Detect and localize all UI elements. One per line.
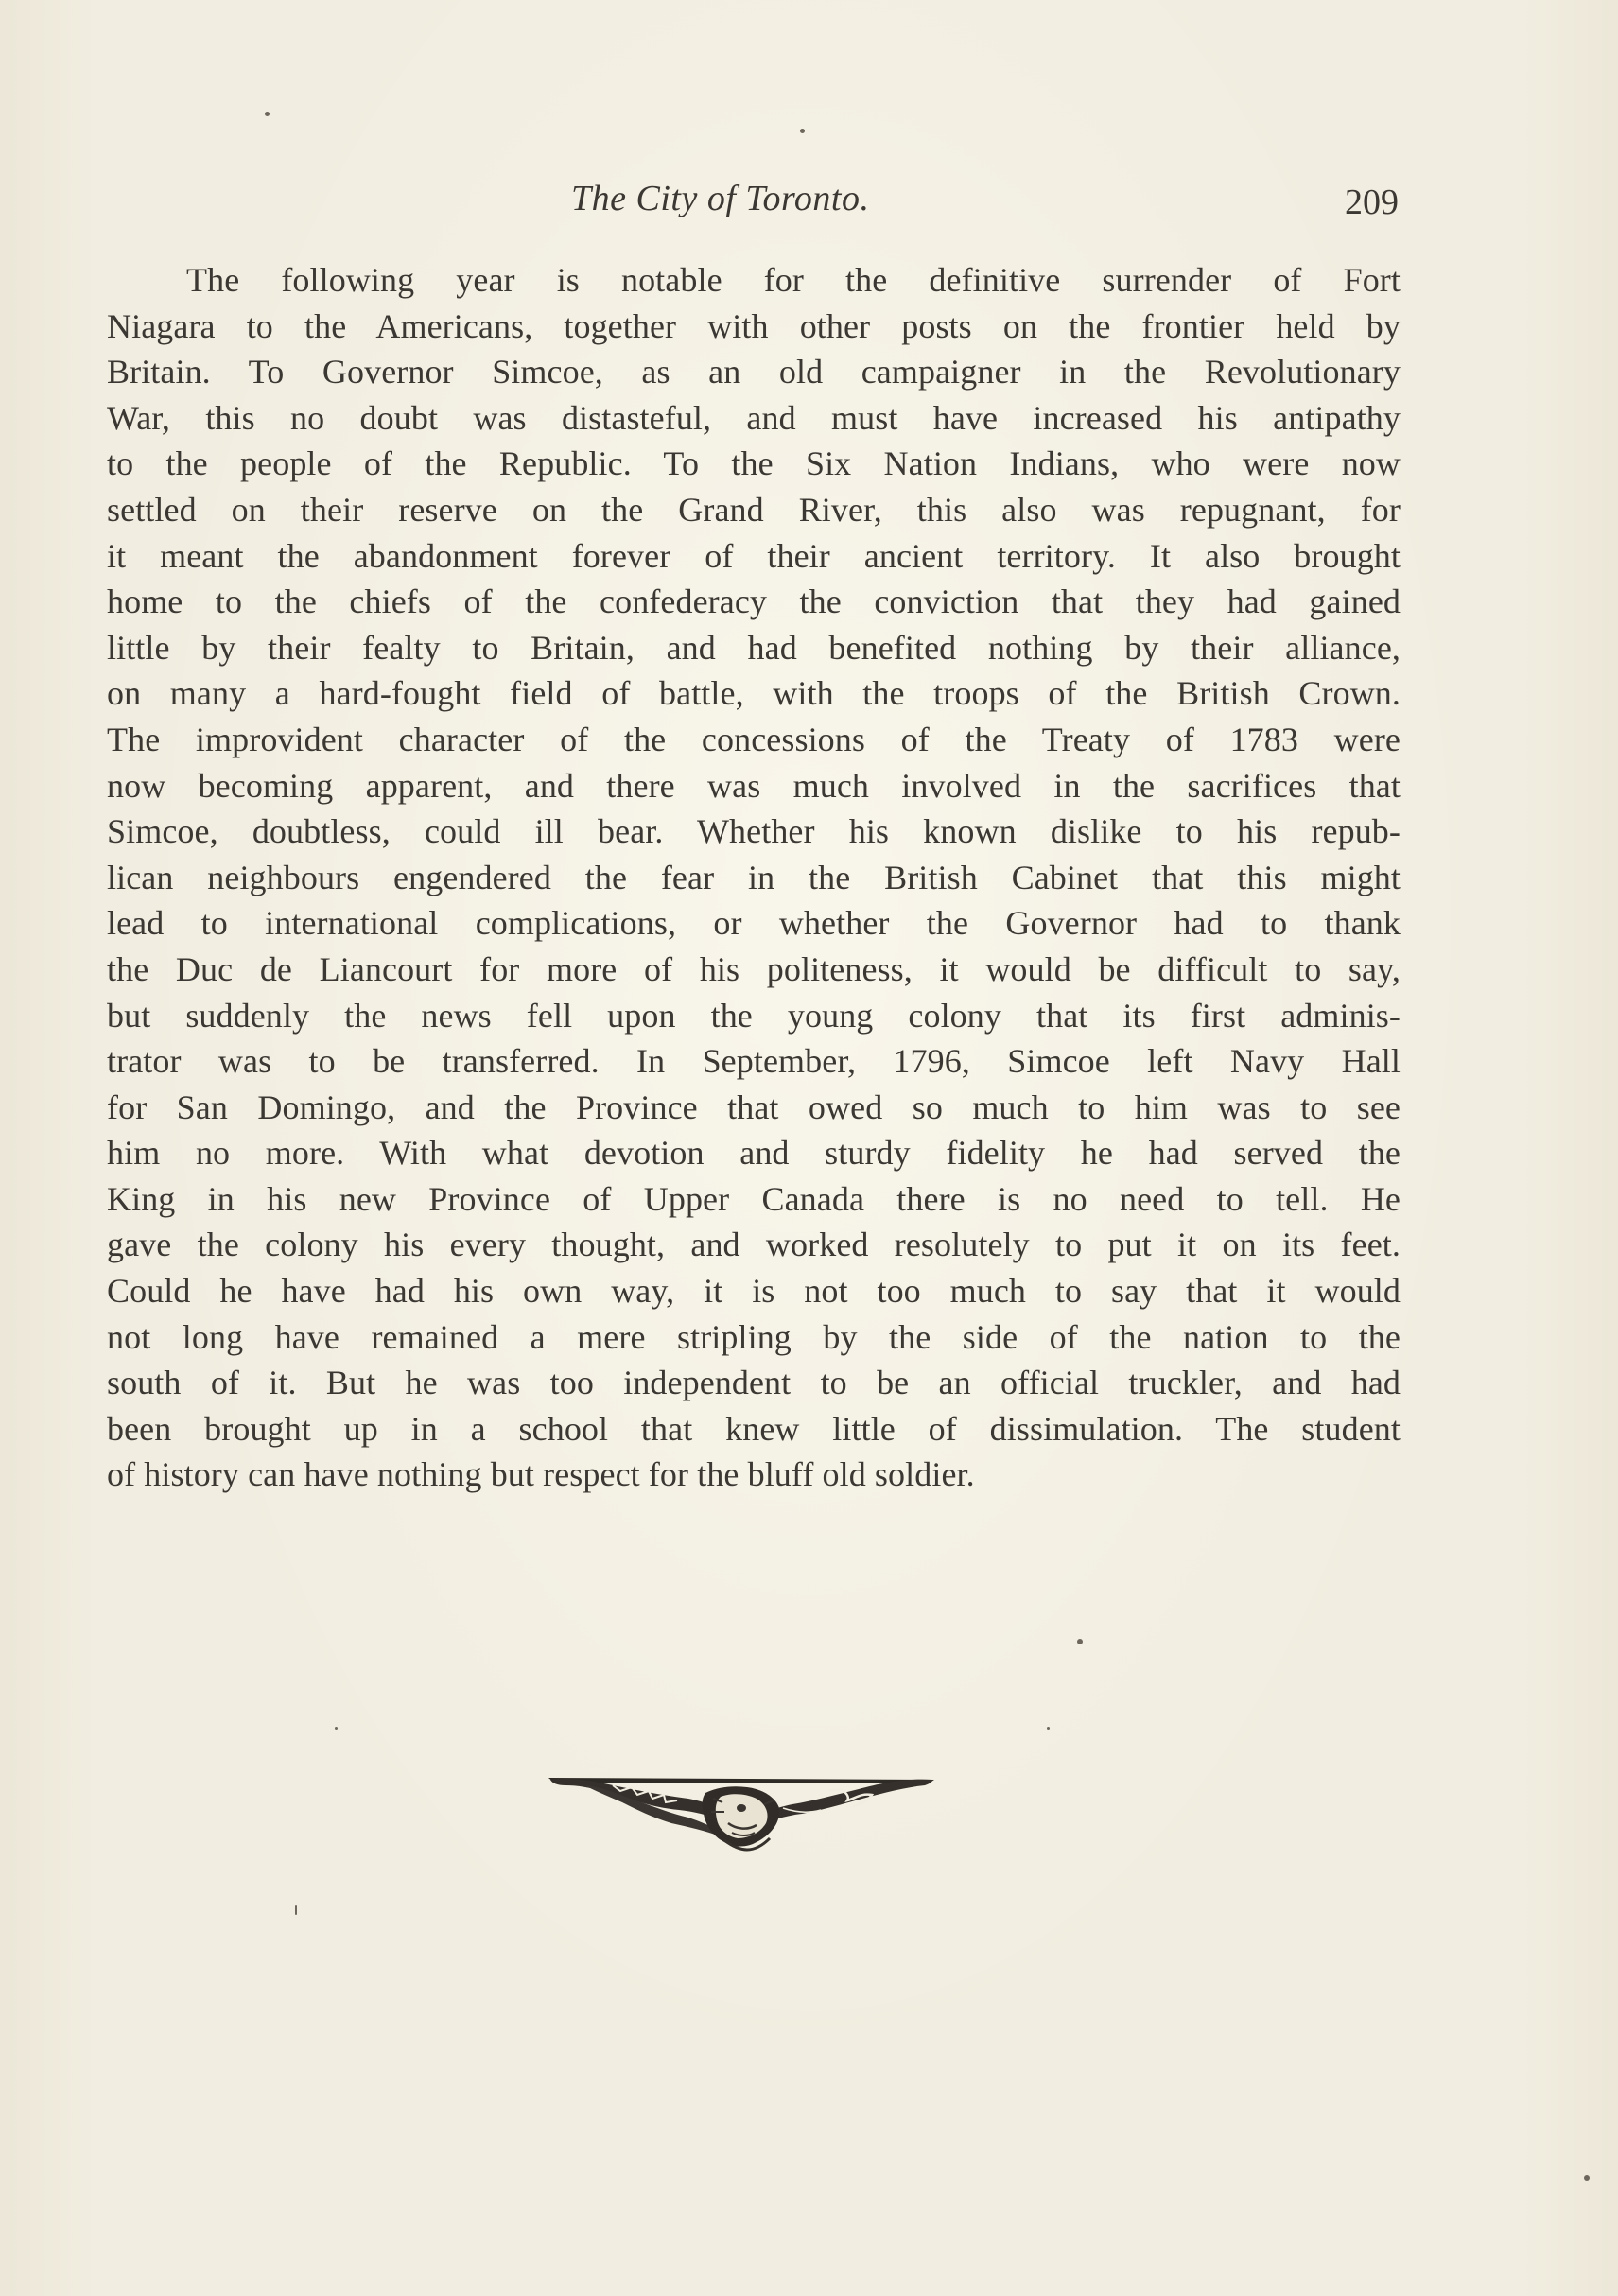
scan-speck bbox=[335, 1727, 338, 1730]
text-line: for San Domingo, and the Province that o… bbox=[107, 1085, 1401, 1131]
scan-speck bbox=[265, 112, 270, 116]
text-line: King in his new Province of Upper Canada… bbox=[107, 1176, 1401, 1223]
text-line: on many a hard-fought field of battle, w… bbox=[107, 670, 1401, 717]
text-line: little by their fealty to Britain, and h… bbox=[107, 625, 1401, 671]
text-line: of history can have nothing but respect … bbox=[107, 1452, 1401, 1498]
scan-speck bbox=[295, 1905, 297, 1915]
text-line: gave the colony his every thought, and w… bbox=[107, 1222, 1401, 1268]
text-line: The following year is notable for the de… bbox=[107, 257, 1401, 304]
body-paragraph: The following year is notable for the de… bbox=[107, 257, 1401, 1498]
text-line: lead to international complications, or … bbox=[107, 900, 1401, 947]
text-line: now becoming apparent, and there was muc… bbox=[107, 763, 1401, 809]
text-line: lican neighbours engendered the fear in … bbox=[107, 855, 1401, 901]
text-line: Niagara to the Americans, together with … bbox=[107, 304, 1401, 350]
scan-speck bbox=[1584, 2175, 1590, 2181]
text-line: south of it. But he was too independent … bbox=[107, 1360, 1401, 1406]
text-line: not long have remained a mere stripling … bbox=[107, 1314, 1401, 1361]
text-line: home to the chiefs of the confederacy th… bbox=[107, 579, 1401, 625]
text-line: Britain. To Governor Simcoe, as an old c… bbox=[107, 349, 1401, 395]
running-header: The City of Toronto. 209 bbox=[0, 168, 1618, 225]
tailpiece-ornament-icon bbox=[547, 1770, 936, 1852]
text-line: settled on their reserve on the Grand Ri… bbox=[107, 487, 1401, 533]
running-header-title: The City of Toronto. bbox=[571, 178, 869, 219]
text-line: it meant the abandonment forever of thei… bbox=[107, 533, 1401, 580]
text-line: but suddenly the news fell upon the youn… bbox=[107, 993, 1401, 1039]
text-line: the Duc de Liancourt for more of his pol… bbox=[107, 947, 1401, 993]
text-line: him no more. With what devotion and stur… bbox=[107, 1130, 1401, 1176]
scan-speck bbox=[1047, 1727, 1050, 1730]
text-line: War, this no doubt was distasteful, and … bbox=[107, 395, 1401, 442]
text-line: The improvident character of the concess… bbox=[107, 717, 1401, 763]
text-line: trator was to be transferred. In Septemb… bbox=[107, 1038, 1401, 1085]
page-number: 209 bbox=[1345, 182, 1399, 223]
scan-speck bbox=[800, 129, 805, 133]
text-line: to the people of the Republic. To the Si… bbox=[107, 441, 1401, 487]
scan-speck bbox=[1077, 1639, 1083, 1644]
text-line: been brought up in a school that knew li… bbox=[107, 1406, 1401, 1452]
text-line: Could he have had his own way, it is not… bbox=[107, 1268, 1401, 1314]
book-page: The City of Toronto. 209 The following y… bbox=[0, 0, 1618, 2296]
text-line: Simcoe, doubtless, could ill bear. Wheth… bbox=[107, 809, 1401, 855]
